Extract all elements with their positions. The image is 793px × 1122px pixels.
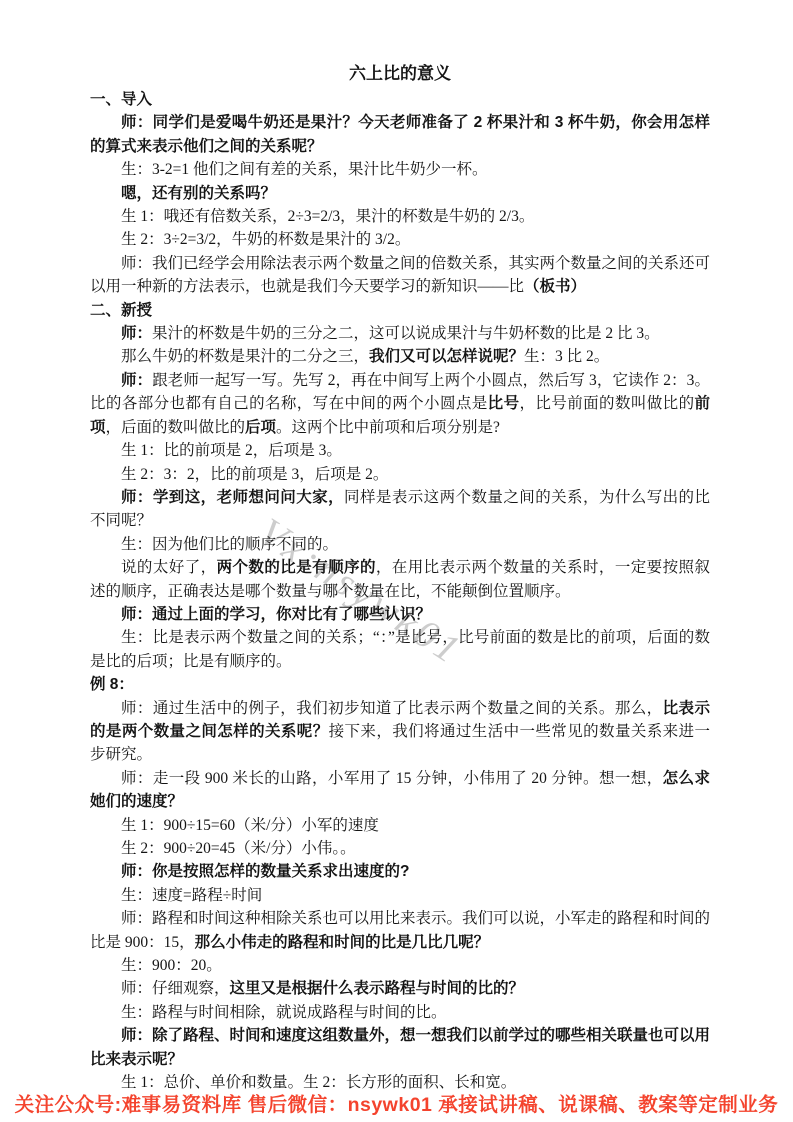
text-run: 。这两个比中前项和后项分别是?	[276, 419, 500, 436]
paragraph: 师：跟老师一起写一写。先写 2，再在中间写上两个小圆点，然后写 3，它读作 2：…	[90, 369, 710, 439]
paragraph: 生：路程与时间相除，就说成路程与时间的比。	[90, 1001, 710, 1024]
paragraph: 师：仔细观察，这里又是根据什么表示路程与时间的比的？	[90, 977, 710, 1000]
emphasis-run: 二、新授	[90, 302, 152, 319]
section-heading: 一、导入	[90, 88, 710, 111]
text-run: 生 2：900÷20=45（米/分）小伟。。	[121, 840, 356, 857]
document-content: 六上比的意义 一、导入师：同学们是爱喝牛奶还是果汁？今天老师准备了 2 杯果汁和…	[0, 0, 793, 1094]
paragraph: 师：通过上面的学习，你对比有了哪些认识？	[90, 603, 710, 626]
section-heading: 例 8：	[90, 673, 710, 696]
emphasis-run: 师：	[121, 372, 152, 389]
text-run: 生 2：3÷2=3/2，牛奶的杯数是果汁的 3/2。	[121, 231, 410, 248]
emphasis-run: 后项	[245, 419, 276, 436]
paragraph: 生：900：20。	[90, 954, 710, 977]
text-run: 生：比是表示两个数量之间的关系；“：”是比号，比号前面的数是比的前项，后面的数是…	[90, 629, 710, 669]
paragraph: 师：同学们是爱喝牛奶还是果汁？今天老师准备了 2 杯果汁和 3 杯牛奶，你会用怎…	[90, 111, 710, 158]
paragraph: 说的太好了，两个数的比是有顺序的，在用比表示两个数量的关系时，一定要按照叙述的顺…	[90, 556, 710, 603]
paragraph: 生 2：900÷20=45（米/分）小伟。。	[90, 837, 710, 860]
paragraph: 生：3-2=1 他们之间有差的关系，果汁比牛奶少一杯。	[90, 158, 710, 181]
emphasis-run: 师：你是按照怎样的数量关系求出速度的?	[121, 863, 409, 880]
emphasis-run: 例 8：	[90, 676, 134, 693]
text-run: 师：仔细观察，	[121, 980, 230, 997]
emphasis-run: （板书）	[524, 278, 586, 295]
text-run: 师：通过生活中的例子，我们初步知道了比表示两个数量之间的关系。那么，	[121, 700, 663, 717]
paragraph: 师：除了路程、时间和速度这组数量外，想一想我们以前学过的哪些相关联量也可以用比来…	[90, 1024, 710, 1071]
document-page: Vx:nsywk01 六上比的意义 一、导入师：同学们是爱喝牛奶还是果汁？今天老…	[0, 0, 793, 1122]
emphasis-run: 一、导入	[90, 91, 152, 108]
text-run: 生 2：3：2，比的前项是 3，后项是 2。	[121, 466, 388, 483]
page-title: 六上比的意义	[90, 62, 710, 86]
paragraph: 生 1：哦还有倍数关系，2÷3=2/3，果汁的杯数是牛奶的 2/3。	[90, 205, 710, 228]
paragraph: 那么牛奶的杯数是果汁的二分之三，我们又可以怎样说呢？生：3 比 2。	[90, 345, 710, 368]
paragraph: 师：走一段 900 米长的山路，小军用了 15 分钟，小伟用了 20 分钟。想一…	[90, 767, 710, 814]
emphasis-run: 师：学到这，老师想问问大家，	[121, 489, 344, 506]
text-run: 生：因为他们比的顺序不同的。	[121, 536, 338, 553]
text-run: 生 1：哦还有倍数关系，2÷3=2/3，果汁的杯数是牛奶的 2/3。	[121, 208, 534, 225]
emphasis-run: 师：	[121, 325, 152, 342]
paragraph: 生 2：3：2，比的前项是 3，后项是 2。	[90, 463, 710, 486]
emphasis-run: 师：通过上面的学习，你对比有了哪些认识？	[121, 606, 431, 623]
emphasis-run: 那么小伟走的路程和时间的比是几比几呢？	[195, 934, 490, 951]
paragraph: 师：果汁的杯数是牛奶的三分之二，这可以说成果汁与牛奶杯数的比是 2 比 3。	[90, 322, 710, 345]
text-run: 那么牛奶的杯数是果汁的二分之三，	[121, 348, 369, 365]
section-heading: 二、新授	[90, 299, 710, 322]
emphasis-run: 两个数的比是有顺序的	[217, 559, 376, 576]
text-run: ，后面的数叫做比的	[106, 419, 246, 436]
paragraph: 生：速度=路程÷时间	[90, 884, 710, 907]
text-run: 说的太好了，	[121, 559, 217, 576]
paragraph: 师：通过生活中的例子，我们初步知道了比表示两个数量之间的关系。那么，比表示的是两…	[90, 697, 710, 767]
emphasis-run: 师：除了路程、时间和速度这组数量外，想一想我们以前学过的哪些相关联量也可以用比来…	[90, 1027, 710, 1067]
paragraph: 生：因为他们比的顺序不同的。	[90, 533, 710, 556]
text-run: 师：走一段 900 米长的山路，小军用了 15 分钟，小伟用了 20 分钟。想一…	[121, 770, 663, 787]
paragraph: 生：比是表示两个数量之间的关系；“：”是比号，比号前面的数是比的前项，后面的数是…	[90, 626, 710, 673]
paragraph: 生 1：900÷15=60（米/分）小军的速度	[90, 814, 710, 837]
footer-banner: 关注公众号:难事易资料库 售后微信：nsywk01 承接试讲稿、说课稿、教案等定…	[0, 1089, 793, 1117]
text-run: 果汁的杯数是牛奶的三分之二，这可以说成果汁与牛奶杯数的比是 2 比 3。	[152, 325, 660, 342]
paragraph: 师：我们已经学会用除法表示两个数量之间的倍数关系，其实两个数量之间的关系还可以用…	[90, 252, 710, 299]
text-run: 生 1：900÷15=60（米/分）小军的速度	[121, 817, 379, 834]
text-run: 生：3-2=1 他们之间有差的关系，果汁比牛奶少一杯。	[121, 161, 488, 178]
emphasis-run: 师：同学们是爱喝牛奶还是果汁？今天老师准备了 2 杯果汁和 3 杯牛奶，你会用怎…	[90, 114, 710, 154]
emphasis-run: 比号	[488, 395, 520, 412]
paragraph: 生 2：3÷2=3/2，牛奶的杯数是果汁的 3/2。	[90, 228, 710, 251]
emphasis-run: 我们又可以怎样说呢？	[369, 348, 524, 365]
paragraph: 师：你是按照怎样的数量关系求出速度的?	[90, 860, 710, 883]
paragraph: 师：路程和时间这种相除关系也可以用比来表示。我们可以说，小军走的路程和时间的比是…	[90, 907, 710, 954]
text-run: ，比号前面的数叫做比的	[520, 395, 695, 412]
text-run: 师：我们已经学会用除法表示两个数量之间的倍数关系，其实两个数量之间的关系还可以用…	[90, 255, 710, 295]
text-run: 生：速度=路程÷时间	[121, 887, 262, 904]
paragraph: 师：学到这，老师想问问大家，同样是表示这两个数量之间的关系，为什么写出的比不同呢…	[90, 486, 710, 533]
emphasis-run: 嗯，还有别的关系吗？	[121, 185, 276, 202]
paragraph: 嗯，还有别的关系吗？	[90, 182, 710, 205]
document-body: 一、导入师：同学们是爱喝牛奶还是果汁？今天老师准备了 2 杯果汁和 3 杯牛奶，…	[90, 88, 710, 1094]
text-run: 生：3 比 2。	[524, 348, 609, 365]
text-run: 生：900：20。	[121, 957, 222, 974]
text-run: 生：路程与时间相除，就说成路程与时间的比。	[121, 1004, 447, 1021]
text-run: 生 1：比的前项是 2，后项是 3。	[121, 442, 342, 459]
paragraph: 生 1：比的前项是 2，后项是 3。	[90, 439, 710, 462]
emphasis-run: 这里又是根据什么表示路程与时间的比的？	[230, 980, 525, 997]
